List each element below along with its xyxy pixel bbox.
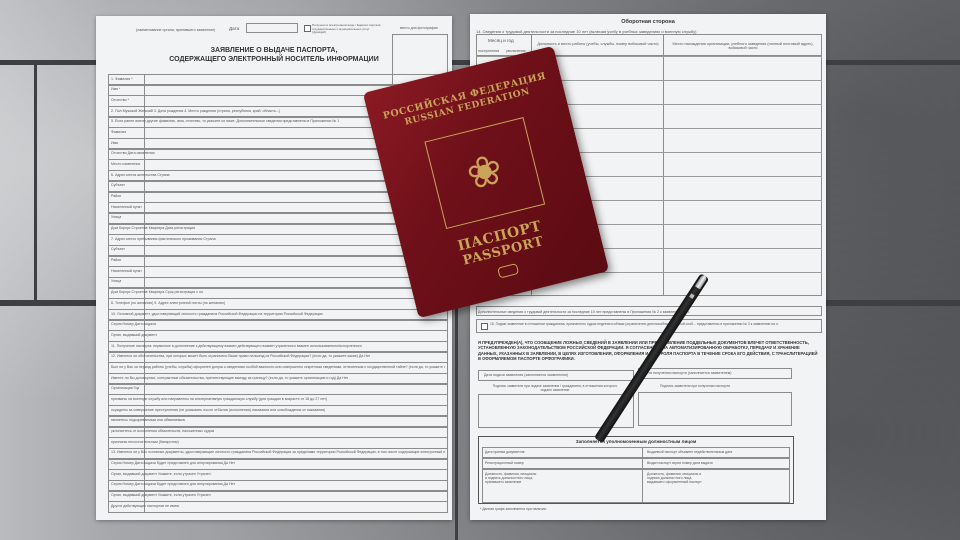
form-row[interactable]: Других действующих паспортов не имею bbox=[108, 501, 448, 512]
pen-clip bbox=[689, 293, 695, 299]
form-row[interactable]: Организация Год bbox=[108, 384, 448, 395]
official-left-label: Должность, фамилия, инициалы и подпись д… bbox=[485, 472, 539, 484]
row-label: 6. Адрес места жительства Страна bbox=[111, 173, 170, 177]
row-label: Имеете ли Вы договорные, контрактные обя… bbox=[111, 376, 348, 380]
row-label: Субъект bbox=[111, 183, 125, 187]
receive-date-label: Дата получения паспорта (заполняется зая… bbox=[644, 371, 731, 375]
sign-receive-label: Подпись заявителя при получении паспорта bbox=[660, 384, 730, 388]
row-label: Был ли у Вас за период работы (учебы, сл… bbox=[111, 365, 445, 369]
submit-date-label: Дата подачи заявления (заполняется заяви… bbox=[484, 373, 568, 377]
row-label: Фамилия bbox=[111, 130, 126, 134]
form-row[interactable]: Имеете ли Вы договорные, контрактные обя… bbox=[108, 373, 448, 384]
row-label: Место изменения bbox=[111, 162, 140, 166]
section-15-checkbox[interactable] bbox=[481, 323, 488, 330]
form-row[interactable]: Населенный пункт bbox=[108, 266, 448, 277]
sign-receive-box[interactable] bbox=[638, 392, 792, 426]
form-row[interactable]: осуждены за совершение преступления (не … bbox=[108, 405, 448, 416]
official-row[interactable]: Регистрационный номерВыдан паспорт серия… bbox=[482, 458, 790, 469]
form-row[interactable]: являетесь подозреваемым или обвиняемым bbox=[108, 416, 448, 427]
row-label: Орган, выдавший документ bbox=[111, 333, 157, 337]
row-label: 7. Адрес место пребывания фактического п… bbox=[111, 237, 216, 241]
form-row[interactable]: Серия Номер Дата выдачи bbox=[108, 320, 448, 331]
row-label: Орган, выдавший документ Укажите, если у… bbox=[111, 472, 211, 476]
row-label: 1. Фамилия * bbox=[111, 77, 133, 81]
row-label: Дом Корпус Строение Квартира Срок регист… bbox=[111, 290, 203, 294]
form-row[interactable]: Улица bbox=[108, 277, 448, 288]
double-headed-eagle-icon: ❀ bbox=[450, 137, 518, 207]
tile-grout-v2 bbox=[455, 300, 458, 540]
form-row[interactable]: 8. Телефон (по желанию) 9. Адрес электро… bbox=[108, 298, 448, 309]
row-label: Населенный пункт bbox=[111, 205, 142, 209]
form-row[interactable]: Орган, выдавший документ Укажите, если у… bbox=[108, 491, 448, 502]
row-label: Улица bbox=[111, 215, 121, 219]
official-right-label: Должность, фамилия, инициалы и подпись д… bbox=[647, 472, 703, 484]
section-15-label: 15. Подаю заявление в отношении граждани… bbox=[490, 322, 810, 326]
form-row[interactable]: 13. Имеются ли у Вас основные документы,… bbox=[108, 448, 448, 459]
sign-submit-label: Подпись заявителя при подаче заявления /… bbox=[490, 384, 620, 392]
emblem-frame: ❀ bbox=[424, 117, 545, 229]
official-right-label: Выданный паспорт объявлен недействительн… bbox=[647, 450, 787, 454]
row-label: 13. Имеются ли у Вас основные документы,… bbox=[111, 450, 445, 454]
row-label: Населенный пункт bbox=[111, 269, 142, 273]
row-label: Субъект bbox=[111, 247, 125, 251]
back-page-title: Оборотная сторона bbox=[470, 19, 826, 25]
row-label: Серия Номер Дата выдачи Будет представле… bbox=[111, 461, 235, 465]
row-label: Организация Год bbox=[111, 386, 139, 390]
date-label: Дата bbox=[229, 26, 239, 31]
row-label: 11. Получение паспорта: первичное в допо… bbox=[111, 344, 362, 348]
row-label: Других действующих паспортов не имею bbox=[111, 504, 179, 508]
row-label: 2. Пол Мужской Женский 3. Дата рождения … bbox=[111, 109, 280, 113]
form-row[interactable]: признаны несостоятельным (банкротом) bbox=[108, 437, 448, 448]
form-title-line2: СОДЕРЖАЩЕГО ЭЛЕКТРОННЫЙ НОСИТЕЛЬ ИНФОРМА… bbox=[156, 56, 392, 63]
official-row[interactable]: Должность, фамилия, инициалы и подпись д… bbox=[482, 469, 790, 503]
date-field[interactable] bbox=[246, 23, 298, 33]
official-left-label: Регистрационный номер bbox=[485, 461, 539, 465]
tile-grout-v1 bbox=[34, 62, 37, 302]
form-row[interactable]: Субъект bbox=[108, 245, 448, 256]
row-label: 5. Если ранее имели другие фамилию, имя,… bbox=[111, 119, 339, 123]
row-label: уклоняетесь от исполнения обязательств, … bbox=[111, 429, 214, 433]
row-label: Отчество * bbox=[111, 98, 129, 102]
col-location: Место нахождения организации, учебного з… bbox=[668, 42, 818, 50]
col-month-year: Месяц и год bbox=[488, 38, 514, 43]
form-row[interactable]: призваны на военную службу или направлен… bbox=[108, 394, 448, 405]
form-row[interactable]: Орган, выдавший документ Укажите, если у… bbox=[108, 469, 448, 480]
authority-caption: (наименование органа, принявшего заявлен… bbox=[136, 28, 215, 32]
row-label: 12. Имеются ли обстоятельства, при котор… bbox=[111, 354, 370, 358]
photo-label: место для фотографии bbox=[400, 26, 438, 30]
row-label: являетесь подозреваемым или обвиняемым bbox=[111, 418, 185, 422]
form-row[interactable]: Серия Номер Дата выдачи Будет представле… bbox=[108, 480, 448, 491]
form-row[interactable]: Был ли у Вас за период работы (учебы, сл… bbox=[108, 362, 448, 373]
row-label: призваны на военную службу или направлен… bbox=[111, 397, 327, 401]
col-position: Должность и место работы (учебы, службы,… bbox=[536, 42, 660, 46]
form-row[interactable]: Дом Корпус Строение Квартира Срок регист… bbox=[108, 288, 448, 299]
form-row[interactable]: Серия Номер Дата выдачи Будет представле… bbox=[108, 459, 448, 470]
row-label: Район bbox=[111, 258, 121, 262]
official-row[interactable]: Дата приема документовВыданный паспорт о… bbox=[482, 447, 790, 458]
row-label: осуждены за совершение преступления (не … bbox=[111, 408, 325, 412]
official-header: Заполняется уполномоченным должностным л… bbox=[478, 439, 794, 444]
row-label: Имя bbox=[111, 141, 118, 145]
row-label: 8. Телефон (по желанию) 9. Адрес электро… bbox=[111, 301, 225, 305]
form-row[interactable]: Район bbox=[108, 256, 448, 267]
row-label: 10. Основной документ, удостоверяющий ли… bbox=[111, 312, 323, 316]
row-label: Орган, выдавший документ Укажите, если у… bbox=[111, 493, 211, 497]
col-admission: поступления bbox=[478, 49, 499, 53]
extra-info-row bbox=[476, 306, 822, 316]
row-label: Имя * bbox=[111, 87, 120, 91]
form-row[interactable]: 10. Основной документ, удостоверяющий ли… bbox=[108, 309, 448, 320]
biometric-chip-icon bbox=[497, 263, 519, 279]
official-right-label: Выдан паспорт серия номер дата выдачи bbox=[647, 461, 787, 465]
row-label: Серия Номер Дата выдачи Будет представле… bbox=[111, 482, 235, 486]
electronic-note: Получено в электронном виде / Единого по… bbox=[312, 24, 382, 35]
electronic-checkbox[interactable] bbox=[304, 25, 311, 32]
form-row[interactable]: уклоняетесь от исполнения обязательств, … bbox=[108, 427, 448, 438]
official-left-label: Дата приема документов bbox=[485, 450, 539, 454]
row-label: Район bbox=[111, 194, 121, 198]
row-label: Улица bbox=[111, 279, 121, 283]
row-label: Отчество Дата изменения bbox=[111, 151, 155, 155]
form-row[interactable]: Орган, выдавший документ bbox=[108, 330, 448, 341]
form-row[interactable]: 11. Получение паспорта: первичное в допо… bbox=[108, 341, 448, 352]
form-row[interactable]: 7. Адрес место пребывания фактического п… bbox=[108, 234, 448, 245]
footnote: * Данная графа заполняется при наличии. bbox=[480, 507, 547, 511]
row-label: Дом Корпус Строение Квартира Дата регист… bbox=[111, 226, 195, 230]
row-label: Серия Номер Дата выдачи bbox=[111, 322, 156, 326]
form-title-line1: ЗАЯВЛЕНИЕ О ВЫДАЧЕ ПАСПОРТА, bbox=[156, 47, 392, 54]
form-row[interactable]: 12. Имеются ли обстоятельства, при котор… bbox=[108, 352, 448, 363]
row-label: признаны несостоятельным (банкротом) bbox=[111, 440, 179, 444]
